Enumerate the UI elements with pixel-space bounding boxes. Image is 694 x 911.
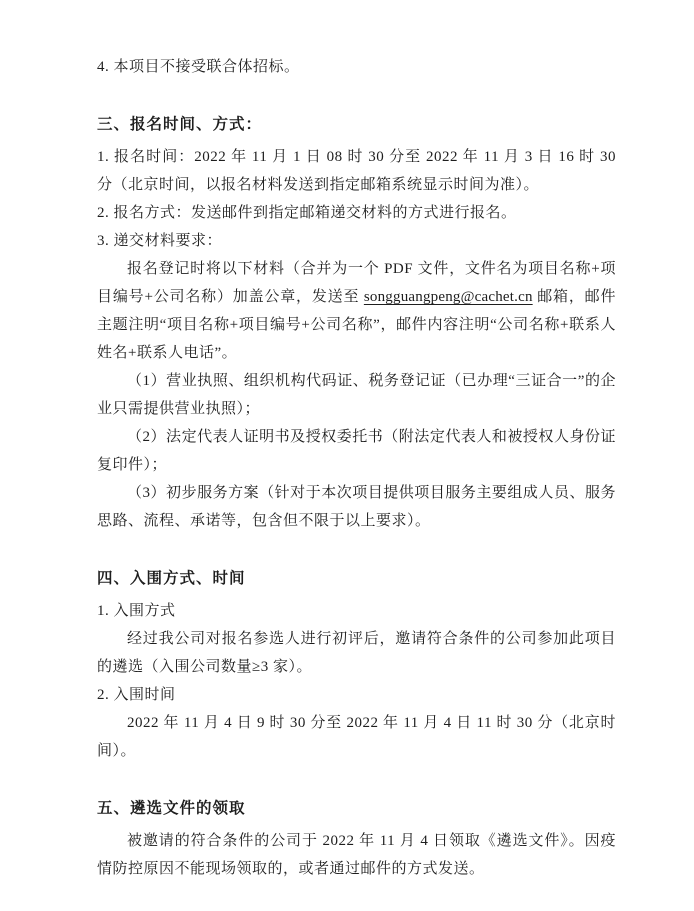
section-4-heading: 四、入围方式、时间: [97, 565, 616, 593]
registration-email-address: songguangpeng@cachet.cn: [364, 289, 533, 305]
section-4-item-shortlist-method: 1. 入围方式: [97, 597, 616, 625]
section-3-heading: 三、报名时间、方式：: [97, 111, 616, 139]
section-4-shortlist-time-body: 2022 年 11 月 4 日 9 时 30 分至 2022 年 11 月 4 …: [97, 709, 616, 765]
section-3-item-registration-method: 2. 报名方式：发送邮件到指定邮箱递交材料的方式进行报名。: [97, 199, 616, 227]
section-4-shortlist-method-body: 经过我公司对报名参选人进行初评后，邀请符合条件的公司参加此项目的遴选（入围公司数…: [97, 625, 616, 681]
section-3-item-registration-time: 1. 报名时间：2022 年 11 月 1 日 08 时 30 分至 2022 …: [97, 143, 616, 199]
section-5-document-collection-body: 被邀请的符合条件的公司于 2022 年 11 月 4 日领取《遴选文件》。因疫情…: [97, 827, 616, 883]
section-3-sub-item-legal-representative: （2）法定代表人证明书及授权委托书（附法定代表人和被授权人身份证复印件）；: [97, 423, 616, 479]
section-4-item-shortlist-time: 2. 入围时间: [97, 681, 616, 709]
section-3-item-materials-requirement: 3. 递交材料要求：: [97, 227, 616, 255]
section-3-sub-item-service-plan: （3）初步服务方案（针对于本次项目提供项目服务主要组成人员、服务思路、流程、承诺…: [97, 479, 616, 535]
clause-no-consortium-bidding: 4. 本项目不接受联合体招标。: [97, 53, 616, 81]
section-5-heading: 五、遴选文件的领取: [97, 795, 616, 823]
document-page: 4. 本项目不接受联合体招标。 三、报名时间、方式： 1. 报名时间：2022 …: [0, 0, 694, 911]
section-3-sub-item-business-license: （1）营业执照、组织机构代码证、税务登记证（已办理“三证合一”的企业只需提供营业…: [97, 367, 616, 423]
section-3-materials-paragraph: 报名登记时将以下材料（合并为一个 PDF 文件，文件名为项目名称+项目编号+公司…: [97, 255, 616, 367]
